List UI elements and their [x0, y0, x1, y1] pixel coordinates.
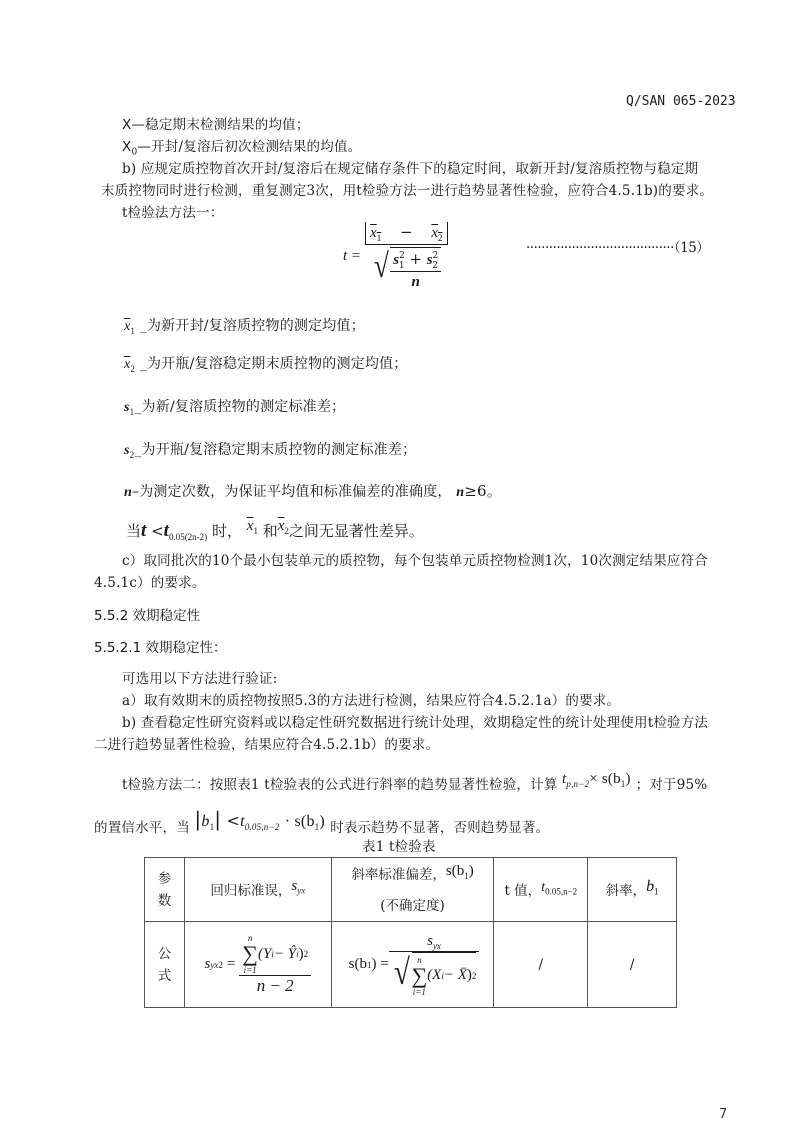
sub: p,n−2: [566, 779, 589, 789]
method-a: a）取有效期末的质控物按照5.3的方法进行检测，结果应符合4.5.2.1a）的要…: [122, 691, 620, 711]
variable-description: _为开瓶/复溶稳定期末质控物的测定标准差；: [134, 442, 416, 458]
text: t检验方法二：按照表1 t检验表的公式进行斜率的趋势显著性检验，计算: [122, 777, 558, 793]
text: 公: [158, 946, 172, 962]
sup: 2: [399, 251, 405, 261]
plus-sign: +: [409, 250, 422, 268]
text: (不确定度): [380, 898, 445, 914]
paragraph-b-line1: b) 应规定质控物首次开封/复溶后在规定储存条件下的稳定时间，取新开封/复溶质控…: [122, 159, 698, 179]
equation-number: （15）: [674, 240, 709, 256]
formula-15: t = x1 − x2 √ s21 + s22 n: [343, 222, 448, 291]
subscript: 2: [130, 364, 135, 374]
page-number: 7: [719, 1107, 727, 1122]
t-symbol: t: [141, 520, 146, 541]
text: t 值，: [504, 883, 541, 899]
variable-description: _为新开封/复溶质控物的测定均值；: [140, 318, 365, 334]
x-bar: − X̄: [444, 967, 467, 984]
table-header-row: 参数 回归标准误，syx 斜率标准偏差，s(b1) (不确定度) t 值，t0.…: [145, 858, 677, 922]
paren: ): [319, 813, 325, 830]
paragraph-c-line2: 4.5.1c）的要求。: [94, 573, 206, 593]
formula-t-value: /: [494, 922, 588, 1008]
sub: 1: [654, 886, 659, 896]
sum-icon: ∑: [412, 965, 428, 987]
condition-line: 当t <t0.05(2n-2) 时， x1 和x2之间无显著性差异。: [126, 519, 424, 549]
subscript: 1: [130, 326, 135, 336]
table-caption: 表1 t检验表: [362, 837, 436, 857]
sub: yx: [210, 960, 218, 970]
sum-icon: ∑: [242, 943, 258, 965]
subscript: 2: [284, 526, 289, 536]
text: 当: [126, 522, 141, 540]
variable-x1: x1 _为新开封/复溶质控物的测定均值；: [124, 316, 365, 341]
method2-line1: t检验方法二：按照表1 t检验表的公式进行斜率的趋势显著性检验，计算 tp,n−…: [122, 774, 707, 800]
sub: 0.05,n−2: [545, 886, 577, 896]
text: 时，: [212, 522, 242, 540]
method-b-line2: 二进行趋势显著性检验，结果应符合4.5.2.1b）的要求。: [94, 735, 439, 755]
definition-text: —开封/复溶后初次检测结果的均值。: [137, 139, 361, 155]
constraint: ≥6。: [464, 482, 502, 500]
text: 之间无显著性差异。: [289, 522, 424, 540]
symbol: n: [124, 485, 132, 500]
dots: ·······································: [526, 240, 674, 256]
expr-t-times-sb1: tp,n−2× s(b1): [562, 769, 636, 787]
sqrt-denominator: √ s21 + s22 n: [372, 247, 441, 291]
header-param: 参数: [145, 858, 185, 922]
less-than: <: [151, 522, 164, 540]
radical-icon: √: [373, 247, 388, 291]
header-regression-se: 回归标准误，syx: [184, 858, 331, 922]
equals: ) =: [372, 956, 389, 973]
text: 时表示趋势不显著，否则趋势显著。: [330, 820, 549, 836]
s-b: s(b: [446, 863, 464, 879]
formula-syx: syx2 = n ∑ i=1 (Yi − Ŷi)2 n − 2: [184, 922, 331, 1008]
method1-label: t检验法方法一：: [122, 203, 224, 223]
sum-bottom: i=1: [244, 965, 257, 975]
formula-lhs: t =: [343, 248, 361, 265]
n: n: [411, 274, 419, 290]
variable-description: _为新/复溶质控物的测定标准差；: [134, 399, 345, 415]
variable-s2: s2_为开瓶/复溶稳定期末质控物的测定标准差；: [124, 440, 416, 465]
header-slope: 斜率，b1: [588, 858, 677, 922]
y-hat: − Ŷ: [274, 946, 296, 963]
subscript: 1: [377, 233, 382, 243]
radical-icon: √: [394, 952, 410, 997]
table-formula-row: 公式 syx2 = n ∑ i=1 (Yi − Ŷi)2 n − 2: [145, 922, 677, 1008]
t-test-table: 参数 回归标准误，syx 斜率标准偏差，s(b1) (不确定度) t 值，t0.…: [144, 857, 677, 1008]
sup: 2: [304, 949, 309, 959]
sum-bottom: i=1: [413, 987, 426, 997]
paren: ): [469, 863, 474, 879]
s: · s(b: [285, 813, 315, 830]
text: ；对于95%: [636, 777, 708, 793]
equation-leader-dots: ·······································（…: [526, 238, 709, 258]
formula-slope: /: [588, 922, 677, 1008]
methods-intro: 可选用以下方法进行验证:: [122, 669, 277, 689]
less-than: <: [227, 811, 241, 830]
expr-condition: |b1| <t0.05,n−2 · s(b1): [194, 811, 330, 830]
subscript: 1: [253, 526, 258, 536]
definition-text: —稳定期末检测结果的均值；: [131, 117, 309, 133]
paren: ): [625, 771, 630, 787]
text: 数: [158, 893, 172, 909]
mean-x1: x: [370, 225, 377, 241]
header-slope-sd: 斜率标准偏差，s(b1) (不确定度): [331, 858, 494, 922]
variable-description: _为开瓶/复溶稳定期末质控物的测定均值；: [140, 356, 408, 372]
x: (X: [427, 967, 441, 984]
text: 式: [158, 968, 172, 984]
text: 的置信水平，当: [94, 820, 190, 836]
header-t-value: t 值，t0.05,n−2: [494, 858, 588, 922]
sup: 2: [218, 960, 223, 970]
definition-x: X—稳定期末检测结果的均值；: [122, 115, 310, 135]
text: 和: [263, 522, 278, 540]
text: 斜率，: [606, 883, 647, 899]
text: 斜率标准偏差，: [351, 867, 446, 883]
y: (Y: [258, 946, 271, 963]
paragraph-c-line1: c）取同批次的10个最小包装单元的质控物，每个包装单元质控物检测1次，10次测定…: [122, 551, 708, 571]
formula-fraction: x1 − x2 √ s21 + s22 n: [365, 222, 447, 291]
formula-sb1: s(b1) = syx √ n ∑ i=1 (Xi − X̄)2: [331, 922, 494, 1008]
b: b: [646, 878, 654, 895]
variable-s1: s1_为新/复溶质控物的测定标准差；: [124, 397, 345, 422]
text: 回归标准误，: [210, 883, 291, 899]
sup: 2: [433, 251, 439, 261]
subscript: 2: [438, 233, 443, 243]
variable-description: –为测定次数，为保证平均值和标准偏差的准确度，: [132, 484, 452, 500]
document-code: Q/SAN 065-2023: [626, 94, 736, 109]
sub: 0.05,n−2: [245, 822, 280, 832]
text: 参: [158, 871, 172, 887]
sub: 2: [432, 261, 438, 271]
s-b: s(b: [349, 956, 367, 973]
denominator: n − 2: [254, 976, 297, 996]
sub: 1: [399, 261, 405, 271]
sub: yx: [433, 941, 441, 951]
sub: yx: [297, 885, 305, 895]
subscript: 0.05(2n-2): [169, 532, 207, 542]
paragraph-b-line2: 末质控物同时进行检测，重复测定3次，用t检验方法一进行趋势显著性检验，应符合4.…: [101, 181, 713, 201]
times-s: × s(b: [589, 771, 621, 787]
section-heading-5-5-2: 5.5.2 效期稳定性: [94, 604, 200, 624]
minus-sign: −: [400, 223, 413, 241]
method2-line2: 的置信水平，当 |b1| <t0.05,n−2 · s(b1) 时表示趋势不显著…: [94, 815, 549, 843]
variable-x2: x2 _为开瓶/复溶稳定期末质控物的测定均值；: [124, 354, 408, 379]
formula-label: 公式: [145, 922, 185, 1008]
variable-n: n–为测定次数，为保证平均值和标准偏差的准确度， n≥6。: [124, 481, 502, 503]
section-heading-5-5-2-1: 5.5.2.1 效期稳定性：: [94, 636, 227, 656]
sup: 2: [472, 971, 477, 981]
equals: =: [227, 956, 235, 973]
method-b-line1: b) 查看稳定性研究资料或以稳定性研究数据进行统计处理，效期稳定性的统计处理使用…: [122, 713, 708, 733]
b: b: [201, 813, 209, 830]
